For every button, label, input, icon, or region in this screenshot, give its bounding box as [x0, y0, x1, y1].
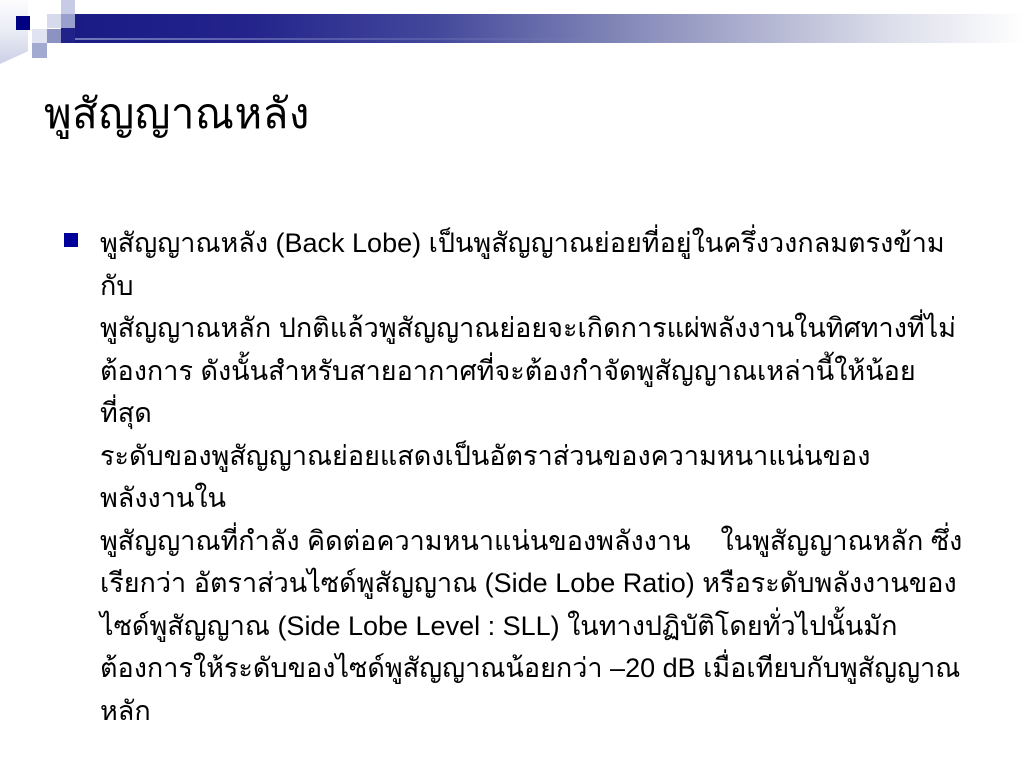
left-gradient-wedge	[0, 0, 28, 64]
bullet-text: พูสัญญาณหลัง (Back Lobe) เป็นพูสัญญาณย่อ…	[100, 222, 964, 732]
slide-title: พูสัญญาณหลัง	[44, 84, 944, 145]
deco-square-pale	[47, 14, 61, 28]
bullet-item: พูสัญญาณหลัง (Back Lobe) เป็นพูสัญญาณย่อ…	[64, 222, 964, 732]
deco-square-pale-lower	[32, 29, 47, 43]
body-text-line: พูสัญญาณที่กำลัง คิดต่อความหนาแน่นของพลั…	[100, 520, 964, 563]
body-text-line: ระดับของพูสัญญาณย่อยแสดงเป็นอัตราส่วนของ…	[100, 435, 964, 520]
body-text-line: ต้องการให้ระดับของไซด์พูสัญญาณน้อยกว่า –…	[100, 647, 964, 690]
body-text-line: ต้องการ ดังนั้นสำหรับสายอากาศที่จะต้องกำ…	[100, 350, 964, 435]
header-bar-step	[61, 28, 75, 43]
body-text-line: เรียกว่า อัตราส่วนไซด์พูสัญญาณ (Side Lob…	[100, 562, 964, 605]
body-text-line: พูสัญญาณหลัง (Back Lobe) เป็นพูสัญญาณย่อ…	[100, 222, 964, 307]
deco-square-medium-bottom	[32, 43, 47, 58]
header-bar-highlight-line	[75, 38, 635, 40]
deco-square-light-top	[61, 0, 75, 14]
deco-square-medium	[61, 14, 75, 28]
body-text-line: พูสัญญาณหลัก ปกติแล้วพูสัญญาณย่อยจะเกิดก…	[100, 307, 964, 350]
deco-square-medium-dark	[47, 29, 61, 43]
slide: พูสัญญาณหลัง พูสัญญาณหลัง (Back Lobe) เป…	[0, 0, 1024, 768]
deco-square-dark-navy	[16, 16, 30, 30]
body-text-line: หลัก	[100, 690, 964, 733]
bullet-square-icon	[64, 233, 78, 247]
body-text-line: ไซด์พูสัญญาณ (Side Lobe Level : SLL) ในท…	[100, 605, 964, 648]
